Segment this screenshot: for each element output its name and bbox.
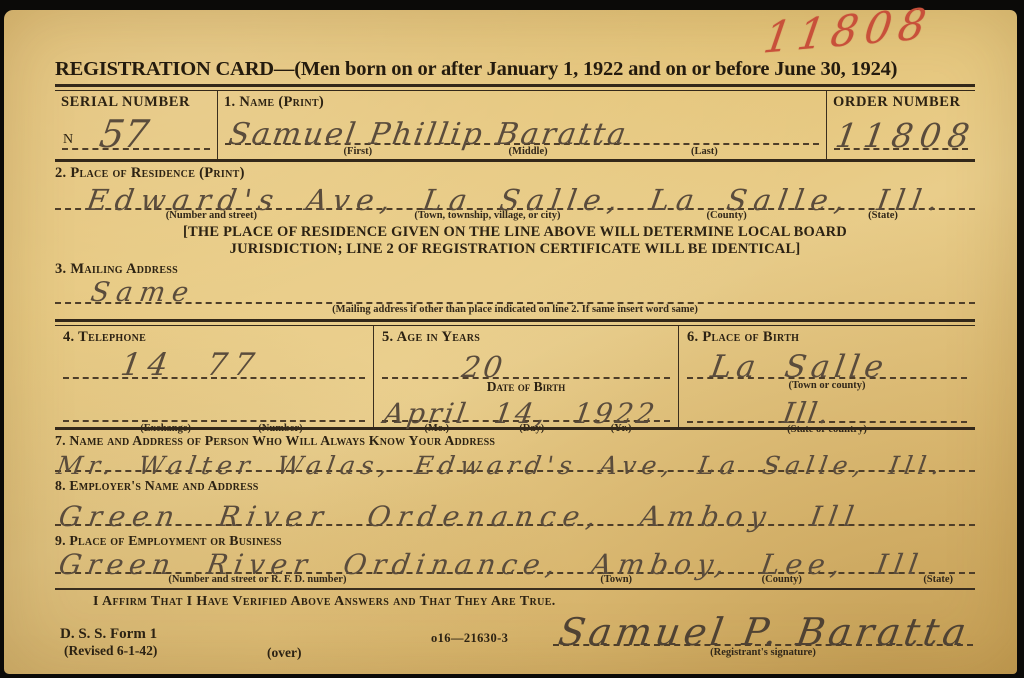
employment-sublabel-state: (State)	[923, 574, 953, 585]
telephone-writeline: 14 77	[63, 346, 365, 379]
signature-value: Samuel P. Baratta	[556, 613, 973, 651]
mailing-writeline: Same	[55, 278, 975, 304]
birthplace-state-writeline: Ill.	[687, 396, 967, 423]
birthplace-town-value: La Salle	[709, 352, 891, 383]
age-value: 20	[460, 353, 507, 382]
birthplace-cell: 6. Place of Birth La Salle (Town or coun…	[679, 326, 975, 427]
name-sublabel-first: (First)	[344, 146, 373, 157]
name-sublabels: (First) (Middle) (Last)	[218, 146, 826, 158]
age-label: 5. Age in Years	[382, 329, 670, 346]
employment-divider	[55, 588, 975, 590]
order-number-cell: ORDER NUMBER 11808	[827, 91, 975, 159]
residence-sublabel-street: (Number and street)	[166, 210, 257, 221]
telephone-cell: 4. Telephone 14 77 (Exchange) (Number)	[55, 326, 373, 427]
residence-sublabel-county: (County)	[706, 210, 746, 221]
residence-writeline: Edward's Ave, La Salle, La Salle, Ill.	[55, 182, 975, 210]
date-of-birth-label: Date of Birth	[382, 379, 670, 395]
mailing-label: 3. Mailing Address	[55, 261, 975, 278]
serial-number-value: 57	[97, 115, 151, 153]
contact-label: 7. Name and Address of Person Who Will A…	[55, 433, 975, 449]
employment-sublabels: (Number and street or R. F. D. number) (…	[55, 574, 975, 586]
employer-writeline: Green River Ordenance, Amboy Ill	[55, 494, 975, 526]
mailing-value: Same	[89, 279, 197, 306]
employment-sublabel-county: (County)	[762, 574, 802, 585]
residence-label: 2. Place of Residence (Print)	[55, 165, 975, 182]
name-sublabel-last: (Last)	[691, 146, 718, 157]
telephone-label: 4. Telephone	[63, 329, 365, 346]
employment-writeline: Green River Ordinance, Amboy, Lee, Ill	[55, 549, 975, 574]
employer-section: 8. Employer's Name and Address Green Riv…	[55, 472, 975, 526]
residence-sublabel-town: (Town, township, village, or city)	[414, 210, 560, 221]
print-code: o16—21630-3	[431, 631, 508, 646]
employment-label: 9. Place of Employment or Business	[55, 533, 975, 549]
age-cell: 5. Age in Years 20 Date of Birth April 1…	[373, 326, 679, 427]
birthplace-town-sublabel: (Town or county)	[687, 380, 967, 396]
signature-writeline: Samuel P. Baratta	[553, 610, 973, 646]
serial-prefix: N	[63, 132, 73, 148]
form-revision: (Revised 6-1-42)	[64, 643, 157, 659]
row-telephone-age-birth: 4. Telephone 14 77 (Exchange) (Number) 5…	[55, 326, 975, 430]
contact-writeline: Mr. Walter Walas, Edward's Ave, La Salle…	[55, 449, 975, 472]
contact-section: 7. Name and Address of Person Who Will A…	[55, 430, 975, 472]
order-number-value: 11808	[833, 119, 978, 152]
employment-section: 9. Place of Employment or Business Green…	[55, 526, 975, 590]
employer-label: 8. Employer's Name and Address	[55, 478, 975, 494]
birthplace-town-writeline: La Salle	[687, 346, 967, 379]
age-writeline: 20	[382, 346, 670, 379]
row-serial-name-order: SERIAL NUMBER N 57 1. Name (Print) Samue…	[55, 91, 975, 162]
telephone-spacer	[63, 379, 365, 395]
jurisdiction-notice-line1: [THE PLACE OF RESIDENCE GIVEN ON THE LIN…	[55, 224, 975, 241]
registration-card: 11808 REGISTRATION CARD—(Men born on or …	[4, 10, 1017, 674]
name-sublabel-middle: (Middle)	[509, 146, 548, 157]
telephone-value: 14 77	[119, 350, 264, 381]
card-content: 11808 REGISTRATION CARD—(Men born on or …	[55, 10, 975, 674]
form-number: D. S. S. Form 1	[60, 626, 157, 643]
signature-block: Samuel P. Baratta (Registrant's signatur…	[553, 610, 973, 658]
birthplace-label: 6. Place of Birth	[687, 329, 967, 346]
serial-number-writeline: N 57	[62, 108, 210, 150]
name-writeline: Samuel Phillip Baratta	[225, 103, 819, 145]
residence-section: 2. Place of Residence (Print) Edward's A…	[55, 162, 975, 222]
serial-number-cell: SERIAL NUMBER N 57	[55, 91, 217, 159]
residence-sublabel-state: (State)	[868, 210, 898, 221]
employment-sublabel-street: (Number and street or R. F. D. number)	[168, 574, 346, 585]
jurisdiction-notice: [THE PLACE OF RESIDENCE GIVEN ON THE LIN…	[55, 224, 975, 257]
order-number-writeline: 11808	[834, 104, 968, 150]
footer: D. S. S. Form 1 (Revised 6-1-42) (over) …	[55, 610, 975, 678]
over-note: (over)	[267, 645, 301, 661]
name-cell: 1. Name (Print) Samuel Phillip Baratta (…	[217, 91, 827, 159]
telephone-writeline2	[63, 395, 365, 422]
employment-sublabel-town: (Town)	[600, 574, 632, 585]
affirmation-text: I Affirm That I Have Verified Above Answ…	[93, 594, 975, 610]
date-of-birth-writeline: April 14, 1922	[382, 395, 670, 422]
title-divider	[55, 84, 975, 91]
mailing-divider	[55, 319, 975, 326]
mailing-section: 3. Mailing Address Same (Mailing address…	[55, 257, 975, 326]
residence-sublabels: (Number and street) (Town, township, vil…	[55, 210, 975, 222]
jurisdiction-notice-line2: JURISDICTION; LINE 2 OF REGISTRATION CER…	[55, 241, 975, 258]
